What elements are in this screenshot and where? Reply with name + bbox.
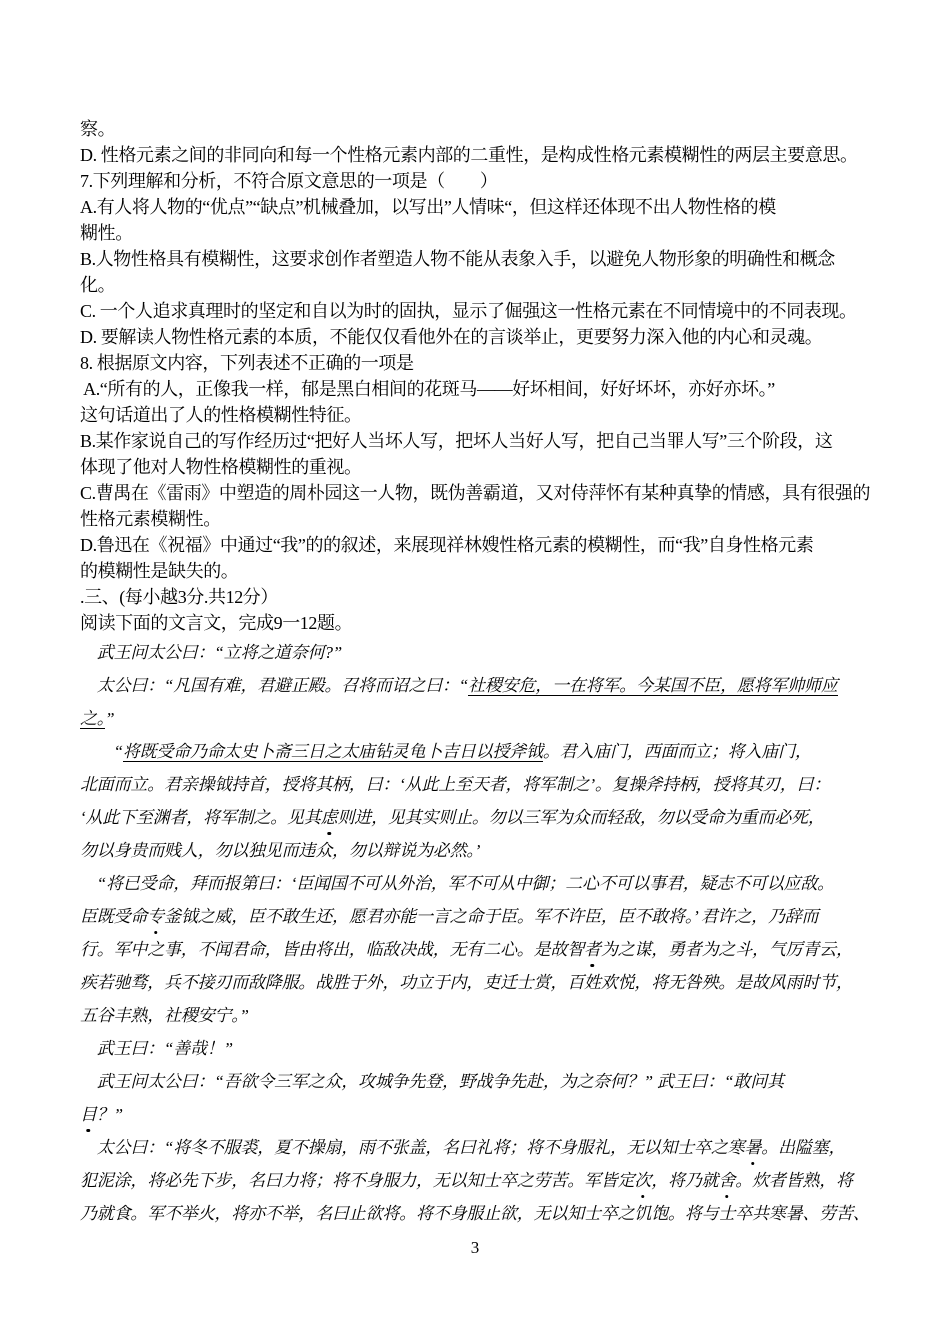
text-segment: 。炊者皆熟，将 (735, 1171, 853, 1190)
text-segment: 五谷丰熟，社稷安宁。” (80, 1006, 249, 1025)
underlined-text: 之。 (80, 709, 105, 729)
text-line: D. 性格元素之间的非同向和每一个性格元素内部的二重性，是构成性格元素模糊性的两… (80, 142, 888, 168)
text-line: D.鲁迅在《祝福》中通过“我”的的叙述，来展现祥林嫂性格元素的模糊性，而“我”自… (80, 532, 888, 558)
text-segment: 性格元素模糊性。 (80, 509, 221, 529)
text-line: 之。” (80, 702, 888, 735)
text-line: ‘从此下至渊者，将军制之。见其虑则进，见其实则止。勿以三军为众而轻敌，勿以受命为… (80, 801, 888, 834)
text-segment: “将已受命，拜而报第曰：‘臣闻国不可从外治，军不可从中御；二心不可以事君，疑志不… (80, 874, 834, 893)
text-segment: C.曹禺在《雷雨》中塑造的周朴园这一人物，既伪善霸道，又对侍萍怀有某种真挚的情感… (80, 483, 870, 503)
text-line: 7.下列理解和分析，不符合原文意思的一项是（ ） (80, 168, 888, 194)
text-line: A.“所有的人，正像我一样，郁是黑白相间的花斑马——好坏相间，好好坏坏，亦好亦坏… (80, 376, 888, 402)
text-segment: 太公曰：“凡国有难，君避正殿。召将而诏之曰：“ (80, 676, 468, 695)
text-segment: ” (105, 709, 114, 728)
text-segment: 为之谋，勇者为之斗，气厉青云， (601, 940, 853, 959)
text-line: 武王问太公曰：“吾欲令三军之众，攻城争先登，野战争先赴，为之奈何？” 武王曰：“… (80, 1065, 888, 1098)
emphasis-dot-char: 暑 (744, 1131, 761, 1164)
text-line: A.有人将人物的“优点”“缺点”机械叠加，以写出”人情味“，但这样还体现不出人物… (80, 194, 888, 220)
text-segment: 太公曰：“将冬不服裘，夏不操扇，雨不张盖，名曰礼将；将不身服礼，无以知士卒之寒 (80, 1138, 744, 1157)
text-line: “将已受命，拜而报第曰：‘臣闻国不可从外治，军不可从中御；二心不可以事君，疑志不… (80, 867, 888, 900)
text-line: 北面而立。君亲操钺持首，授将其柄，曰：‘从此上至天者，将军制之’。复操斧持柄，授… (80, 768, 888, 801)
text-line: 化。 (80, 272, 888, 298)
text-segment: B.人物性格具有模糊性，这要求创作者塑造人物不能从表象入手，以避免人物形象的明确… (80, 249, 835, 269)
text-segment: 8. 根据原文内容，下列表述不正确的一项是 (80, 353, 414, 373)
text-line: 太公曰：“将冬不服裘，夏不操扇，雨不张盖，名曰礼将；将不身服礼，无以知士卒之寒暑… (80, 1131, 888, 1164)
text-segment: 7.下列理解和分析，不符合原文意思的一项是（ ） (80, 171, 498, 191)
text-segment: 。出隘塞， (761, 1138, 845, 1157)
text-segment: “ (80, 742, 123, 761)
text-segment: 化。 (80, 275, 115, 295)
text-line: 太公曰：“凡国有难，君避正殿。召将而诏之曰：“社稷安危，一在将军。今某国不臣，愿… (80, 669, 888, 702)
text-block: 察。D. 性格元素之间的非同向和每一个性格元素内部的二重性，是构成性格元素模糊性… (80, 116, 888, 1230)
text-line: 武王问太公曰：“立将之道奈何?” (80, 636, 888, 669)
emphasis-dot-char: 次 (634, 1164, 651, 1197)
text-line: B.人物性格具有模糊性，这要求创作者塑造人物不能从表象入手，以避免人物形象的明确… (80, 246, 888, 272)
text-segment: D. 性格元素之间的非同向和每一个性格元素内部的二重性，是构成性格元素模糊性的两… (80, 145, 858, 165)
emphasis-dot-char: 虑 (321, 801, 338, 834)
text-line: C.曹禺在《雷雨》中塑造的周朴园这一人物，既伪善霸道，又对侍萍怀有某种真挚的情感… (80, 480, 888, 506)
text-segment: 臣既受命 (80, 907, 147, 926)
text-line: 体现了他对人物性格模糊性的重视。 (80, 454, 888, 480)
text-segment: 这句话道出了人的性格模糊性特征。 (80, 405, 362, 425)
text-line: “将既受命乃命太史卜斋三日之太庙钻灵龟卜吉日以授斧钺。君入庙门，西面而立；将入庙… (80, 735, 888, 768)
text-line: B.某作家说自己的写作经历过“把好人当坏人写，把坏人当好人写，把自己当罪人写”三… (80, 428, 888, 454)
text-segment: 的模糊性是缺失的。 (80, 561, 238, 581)
text-segment: ？” (97, 1105, 123, 1124)
text-line: .三、(每小越3分.共12分） (80, 584, 888, 610)
text-segment: 则进，见其实则止。勿以三军为众而轻敌，勿以受命为重而必死， (337, 808, 824, 827)
text-segment: 疾若驰骛，兵不接刃而敌降服。战胜于外，功立于内，吏迁士赏，百姓欢悦，将无咎殃。是… (80, 973, 853, 992)
text-line: 糊性。 (80, 220, 888, 246)
text-line: 五谷丰熟，社稷安宁。” (80, 999, 888, 1032)
emphasis-dot-char: 者 (584, 933, 601, 966)
text-line: 目？” (80, 1098, 888, 1131)
text-line: 疾若驰骛，兵不接刃而敌降服。战胜于外，功立于内，吏迁士赏，百姓欢悦，将无咎殃。是… (80, 966, 888, 999)
text-segment: C. 一个人追求真理时的坚定和自以为时的固执，显示了倔强这一性格元素在不同情境中… (80, 301, 857, 321)
text-segment: .三、(每小越3分.共12分） (80, 587, 278, 607)
text-line: 行。军中之事，不闻君命，皆由将出，临敌决战，无有二心。是故智者为之谋，勇者为之斗… (80, 933, 888, 966)
text-segment: 釜钺之威，臣不敢生还，愿君亦能一言之命于臣。军不许臣，臣不敢将。’ 君许之，乃辞… (164, 907, 818, 926)
text-line: 8. 根据原文内容，下列表述不正确的一项是 (80, 350, 888, 376)
text-segment: D. 要解读人物性格元素的本质，不能仅仅看他外在的言谈举止，更要努力深入他的内心… (80, 327, 822, 347)
text-line: 察。 (80, 116, 888, 142)
text-line: 勿以身贵而贱人，勿以独见而违众，勿以辩说为必然。’ (80, 834, 888, 867)
text-segment: B.某作家说自己的写作经历过“把好人当坏人写，把坏人当好人写，把自己当罪人写”三… (80, 431, 832, 451)
text-line: 这句话道出了人的性格模糊性特征。 (80, 402, 888, 428)
text-segment: A.“所有的人，正像我一样，郁是黑白相间的花斑马——好坏相间，好好坏坏，亦好亦坏… (80, 379, 775, 399)
text-line: 犯泥涂，将必先下步，名曰力将；将不身服力，无以知士卒之劳苦。军皆定次，将乃就舍。… (80, 1164, 888, 1197)
text-line: D. 要解读人物性格元素的本质，不能仅仅看他外在的言谈举止，更要努力深入他的内心… (80, 324, 888, 350)
text-line: 性格元素模糊性。 (80, 506, 888, 532)
text-segment: 糊性。 (80, 223, 133, 243)
text-segment: 察。 (80, 119, 115, 139)
text-segment: 北面而立。君亲操钺持首，授将其柄，曰：‘从此上至天者，将军制之’。复操斧持柄，授… (80, 775, 830, 794)
emphasis-dot-char: 目 (80, 1098, 97, 1131)
emphasis-dot-char: 专 (147, 900, 164, 933)
page-number: 3 (0, 1238, 950, 1258)
text-segment: 行。军中之事，不闻君命，皆由将出，临敌决战，无有二心。是故智 (80, 940, 584, 959)
text-segment: 阅读下面的文言文，完成9一12题。 (80, 613, 352, 633)
underlined-text: 社稷安危，一在将军。今某国不臣，愿将军帅师应 (468, 676, 838, 696)
exam-page: { "document": { "page_number": "3", "lin… (0, 0, 950, 1344)
text-line: 的模糊性是缺失的。 (80, 558, 888, 584)
emphasis-dot-char: 舍 (718, 1164, 735, 1197)
text-line: 武王曰：“善哉！” (80, 1032, 888, 1065)
text-segment: ‘从此下至渊者，将军制之。见其 (80, 808, 321, 827)
text-segment: 武王曰：“善哉！” (80, 1039, 233, 1058)
text-line: 臣既受命专釜钺之威，臣不敢生还，愿君亦能一言之命于臣。军不许臣，臣不敢将。’ 君… (80, 900, 888, 933)
text-segment: ，将乃就 (651, 1171, 718, 1190)
text-segment: 乃就食。军不举火，将亦不举，名曰止欲将。将不身服止欲，无以知士卒之饥饱。将与士卒… (80, 1204, 870, 1223)
text-segment: A.有人将人物的“优点”“缺点”机械叠加，以写出”人情味“，但这样还体现不出人物… (80, 197, 776, 217)
text-segment: 武王问太公曰：“吾欲令三军之众，攻城争先登，野战争先赴，为之奈何？” 武王曰：“… (80, 1072, 784, 1091)
text-segment: 犯泥涂，将必先下步，名曰力将；将不身服力，无以知士卒之劳苦。军皆定 (80, 1171, 634, 1190)
text-line: 阅读下面的文言文，完成9一12题。 (80, 610, 888, 636)
text-segment: 勿以身贵而贱人，勿以独见而违众，勿以辩说为必然。’ (80, 841, 480, 860)
text-segment: 。君入庙门，西面而立；将入庙门， (543, 742, 812, 761)
text-segment: 武王问太公曰：“立将之道奈何?” (80, 643, 342, 662)
underlined-text: 将既受命乃命太史卜斋三日之太庙钻灵龟卜吉日以授斧钺 (123, 742, 543, 762)
text-segment: D.鲁迅在《祝福》中通过“我”的的叙述，来展现祥林嫂性格元素的模糊性，而“我”自… (80, 535, 813, 555)
text-line: C. 一个人追求真理时的坚定和自以为时的固执，显示了倔强这一性格元素在不同情境中… (80, 298, 888, 324)
text-line: 乃就食。军不举火，将亦不举，名曰止欲将。将不身服止欲，无以知士卒之饥饱。将与士卒… (80, 1197, 888, 1230)
text-segment: 体现了他对人物性格模糊性的重视。 (80, 457, 362, 477)
